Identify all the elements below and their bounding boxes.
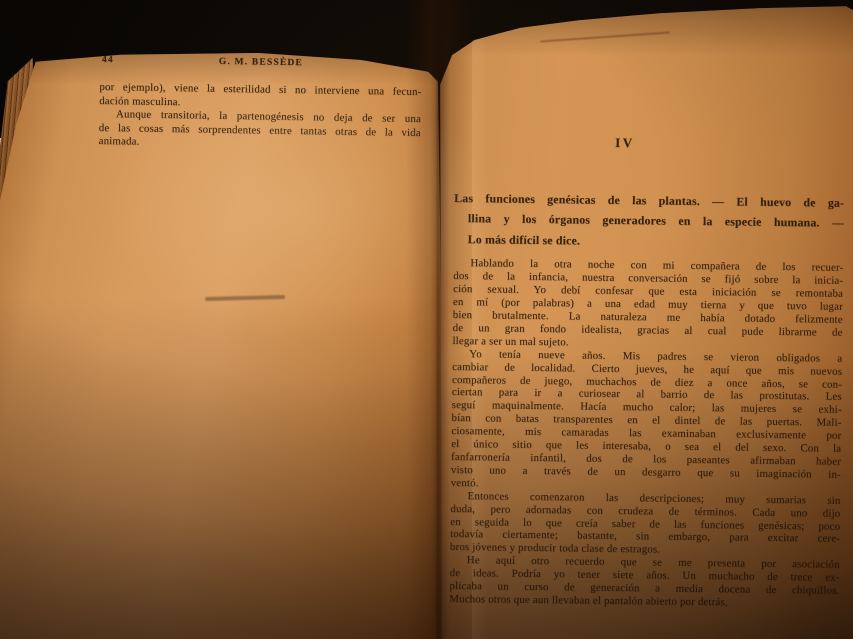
chapter-heading: Las funciones genésicas de las plantas. …	[454, 188, 845, 254]
paragraph: Hablando la otra noche con mi compañera …	[452, 257, 843, 352]
page-number: 44	[102, 54, 114, 68]
photo-background: 44 G. M. BESSÈDE por ejemplo), viene la …	[0, 0, 853, 639]
running-header: G. M. BESSÈDE	[100, 54, 422, 73]
left-page-content: 44 G. M. BESSÈDE por ejemplo), viene la …	[99, 54, 422, 154]
paragraph: Aunque transitoria, la partenogénesis no…	[99, 108, 422, 154]
paragraph: Yo tenía nueve años. Mis padres se viero…	[451, 348, 843, 495]
paragraph: He aquí otro recuerdo que se me presenta…	[449, 554, 840, 610]
paragraph: Entonces comenzaron las descripciones; m…	[450, 490, 841, 559]
left-page-header: 44 G. M. BESSÈDE	[100, 54, 422, 72]
right-page-content: IV Las funciones genésicas de las planta…	[449, 135, 845, 611]
